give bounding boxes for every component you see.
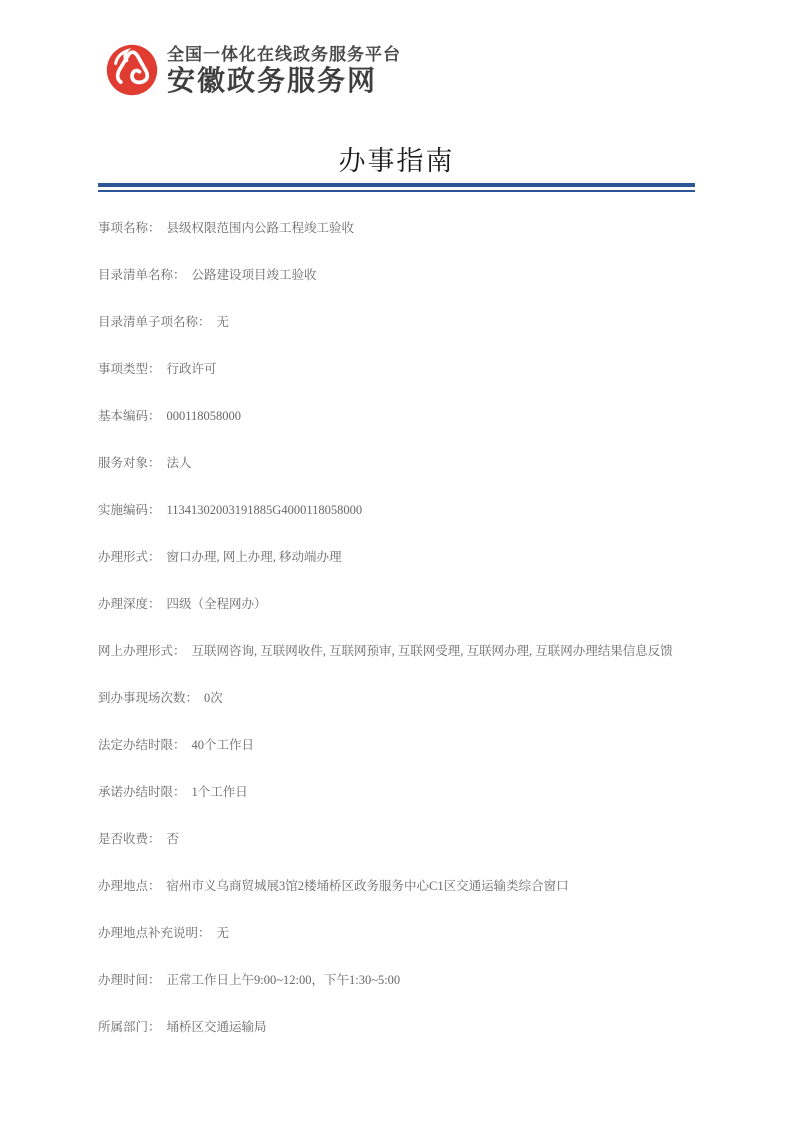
field-row-item-name: 事项名称：县级权限范围内公路工程竣工验收 <box>98 218 698 238</box>
field-label: 办理时间： <box>98 973 161 987</box>
field-label: 实施编码： <box>98 503 161 517</box>
field-value: 法人 <box>167 456 192 470</box>
field-label: 办理地点补充说明： <box>98 926 211 940</box>
field-row-visits-required: 到办事现场次数：0次 <box>98 688 698 708</box>
field-label: 所属部门： <box>98 1020 161 1034</box>
guide-fields: 事项名称：县级权限范围内公路工程竣工验收目录清单名称：公路建设项目竣工验收目录清… <box>98 218 698 1064</box>
anhui-gov-service-logo-icon <box>104 42 160 98</box>
page-title: 办事指南 <box>0 139 793 178</box>
field-row-handle-time: 办理时间：正常工作日上午9:00~12:00，下午1:30~5:00 <box>98 970 698 990</box>
field-row-implementation-code: 实施编码：11341302003191885G4000118058000 <box>98 500 698 520</box>
title-divider <box>98 183 695 192</box>
field-label: 事项名称： <box>98 221 161 235</box>
field-row-handle-depth: 办理深度：四级（全程网办） <box>98 594 698 614</box>
field-value: 四级（全程网办） <box>167 597 267 611</box>
field-row-promised-time-limit: 承诺办结时限：1个工作日 <box>98 782 698 802</box>
field-value: 公路建设项目竣工验收 <box>192 268 317 282</box>
field-value: 40个工作日 <box>192 738 255 752</box>
field-row-statutory-time-limit: 法定办结时限：40个工作日 <box>98 735 698 755</box>
field-row-department: 所属部门：埇桥区交通运输局 <box>98 1017 698 1037</box>
field-row-service-object: 服务对象：法人 <box>98 453 698 473</box>
field-value: 无 <box>217 315 230 329</box>
field-row-catalog-subitem-name: 目录清单子项名称：无 <box>98 312 698 332</box>
field-value: 0次 <box>204 691 223 705</box>
field-value: 无 <box>217 926 230 940</box>
field-value: 否 <box>167 832 180 846</box>
field-label: 基本编码： <box>98 409 161 423</box>
field-label: 是否收费： <box>98 832 161 846</box>
field-row-online-handle-form: 网上办理形式：互联网咨询, 互联网收件, 互联网预审, 互联网受理, 互联网办理… <box>98 641 698 661</box>
guide-page: 全国一体化在线政务服务平台 安徽政务服务网 办事指南 事项名称：县级权限范围内公… <box>0 0 793 1122</box>
field-value: 宿州市义乌商贸城展3馆2楼埇桥区政务服务中心C1区交通运输类综合窗口 <box>167 879 569 893</box>
field-label: 目录清单名称： <box>98 268 186 282</box>
field-label: 办理深度： <box>98 597 161 611</box>
field-value: 互联网咨询, 互联网收件, 互联网预审, 互联网受理, 互联网办理, 互联网办理… <box>192 644 673 658</box>
field-row-item-type: 事项类型：行政许可 <box>98 359 698 379</box>
field-label: 到办事现场次数： <box>98 691 198 705</box>
site-name: 安徽政务服务网 <box>167 65 401 96</box>
field-row-charge: 是否收费：否 <box>98 829 698 849</box>
field-row-handle-location: 办理地点：宿州市义乌商贸城展3馆2楼埇桥区政务服务中心C1区交通运输类综合窗口 <box>98 876 698 896</box>
field-label: 网上办理形式： <box>98 644 186 658</box>
field-value: 1个工作日 <box>192 785 248 799</box>
field-value: 正常工作日上午9:00~12:00，下午1:30~5:00 <box>167 973 401 987</box>
platform-name: 全国一体化在线政务服务平台 <box>167 45 401 65</box>
site-header: 全国一体化在线政务服务平台 安徽政务服务网 <box>104 42 401 98</box>
field-value: 000118058000 <box>167 409 242 423</box>
field-value: 埇桥区交通运输局 <box>167 1020 267 1034</box>
field-label: 目录清单子项名称： <box>98 315 211 329</box>
field-label: 事项类型： <box>98 362 161 376</box>
field-value: 11341302003191885G4000118058000 <box>167 503 363 517</box>
field-row-handle-form: 办理形式：窗口办理, 网上办理, 移动端办理 <box>98 547 698 567</box>
field-row-handle-location-note: 办理地点补充说明：无 <box>98 923 698 943</box>
field-value: 行政许可 <box>167 362 217 376</box>
field-row-basic-code: 基本编码：000118058000 <box>98 406 698 426</box>
field-value: 窗口办理, 网上办理, 移动端办理 <box>167 550 342 564</box>
field-label: 法定办结时限： <box>98 738 186 752</box>
field-value: 县级权限范围内公路工程竣工验收 <box>167 221 355 235</box>
field-label: 服务对象： <box>98 456 161 470</box>
field-row-catalog-name: 目录清单名称：公路建设项目竣工验收 <box>98 265 698 285</box>
field-label: 承诺办结时限： <box>98 785 186 799</box>
field-label: 办理地点： <box>98 879 161 893</box>
field-label: 办理形式： <box>98 550 161 564</box>
brand-text: 全国一体化在线政务服务平台 安徽政务服务网 <box>167 45 401 96</box>
